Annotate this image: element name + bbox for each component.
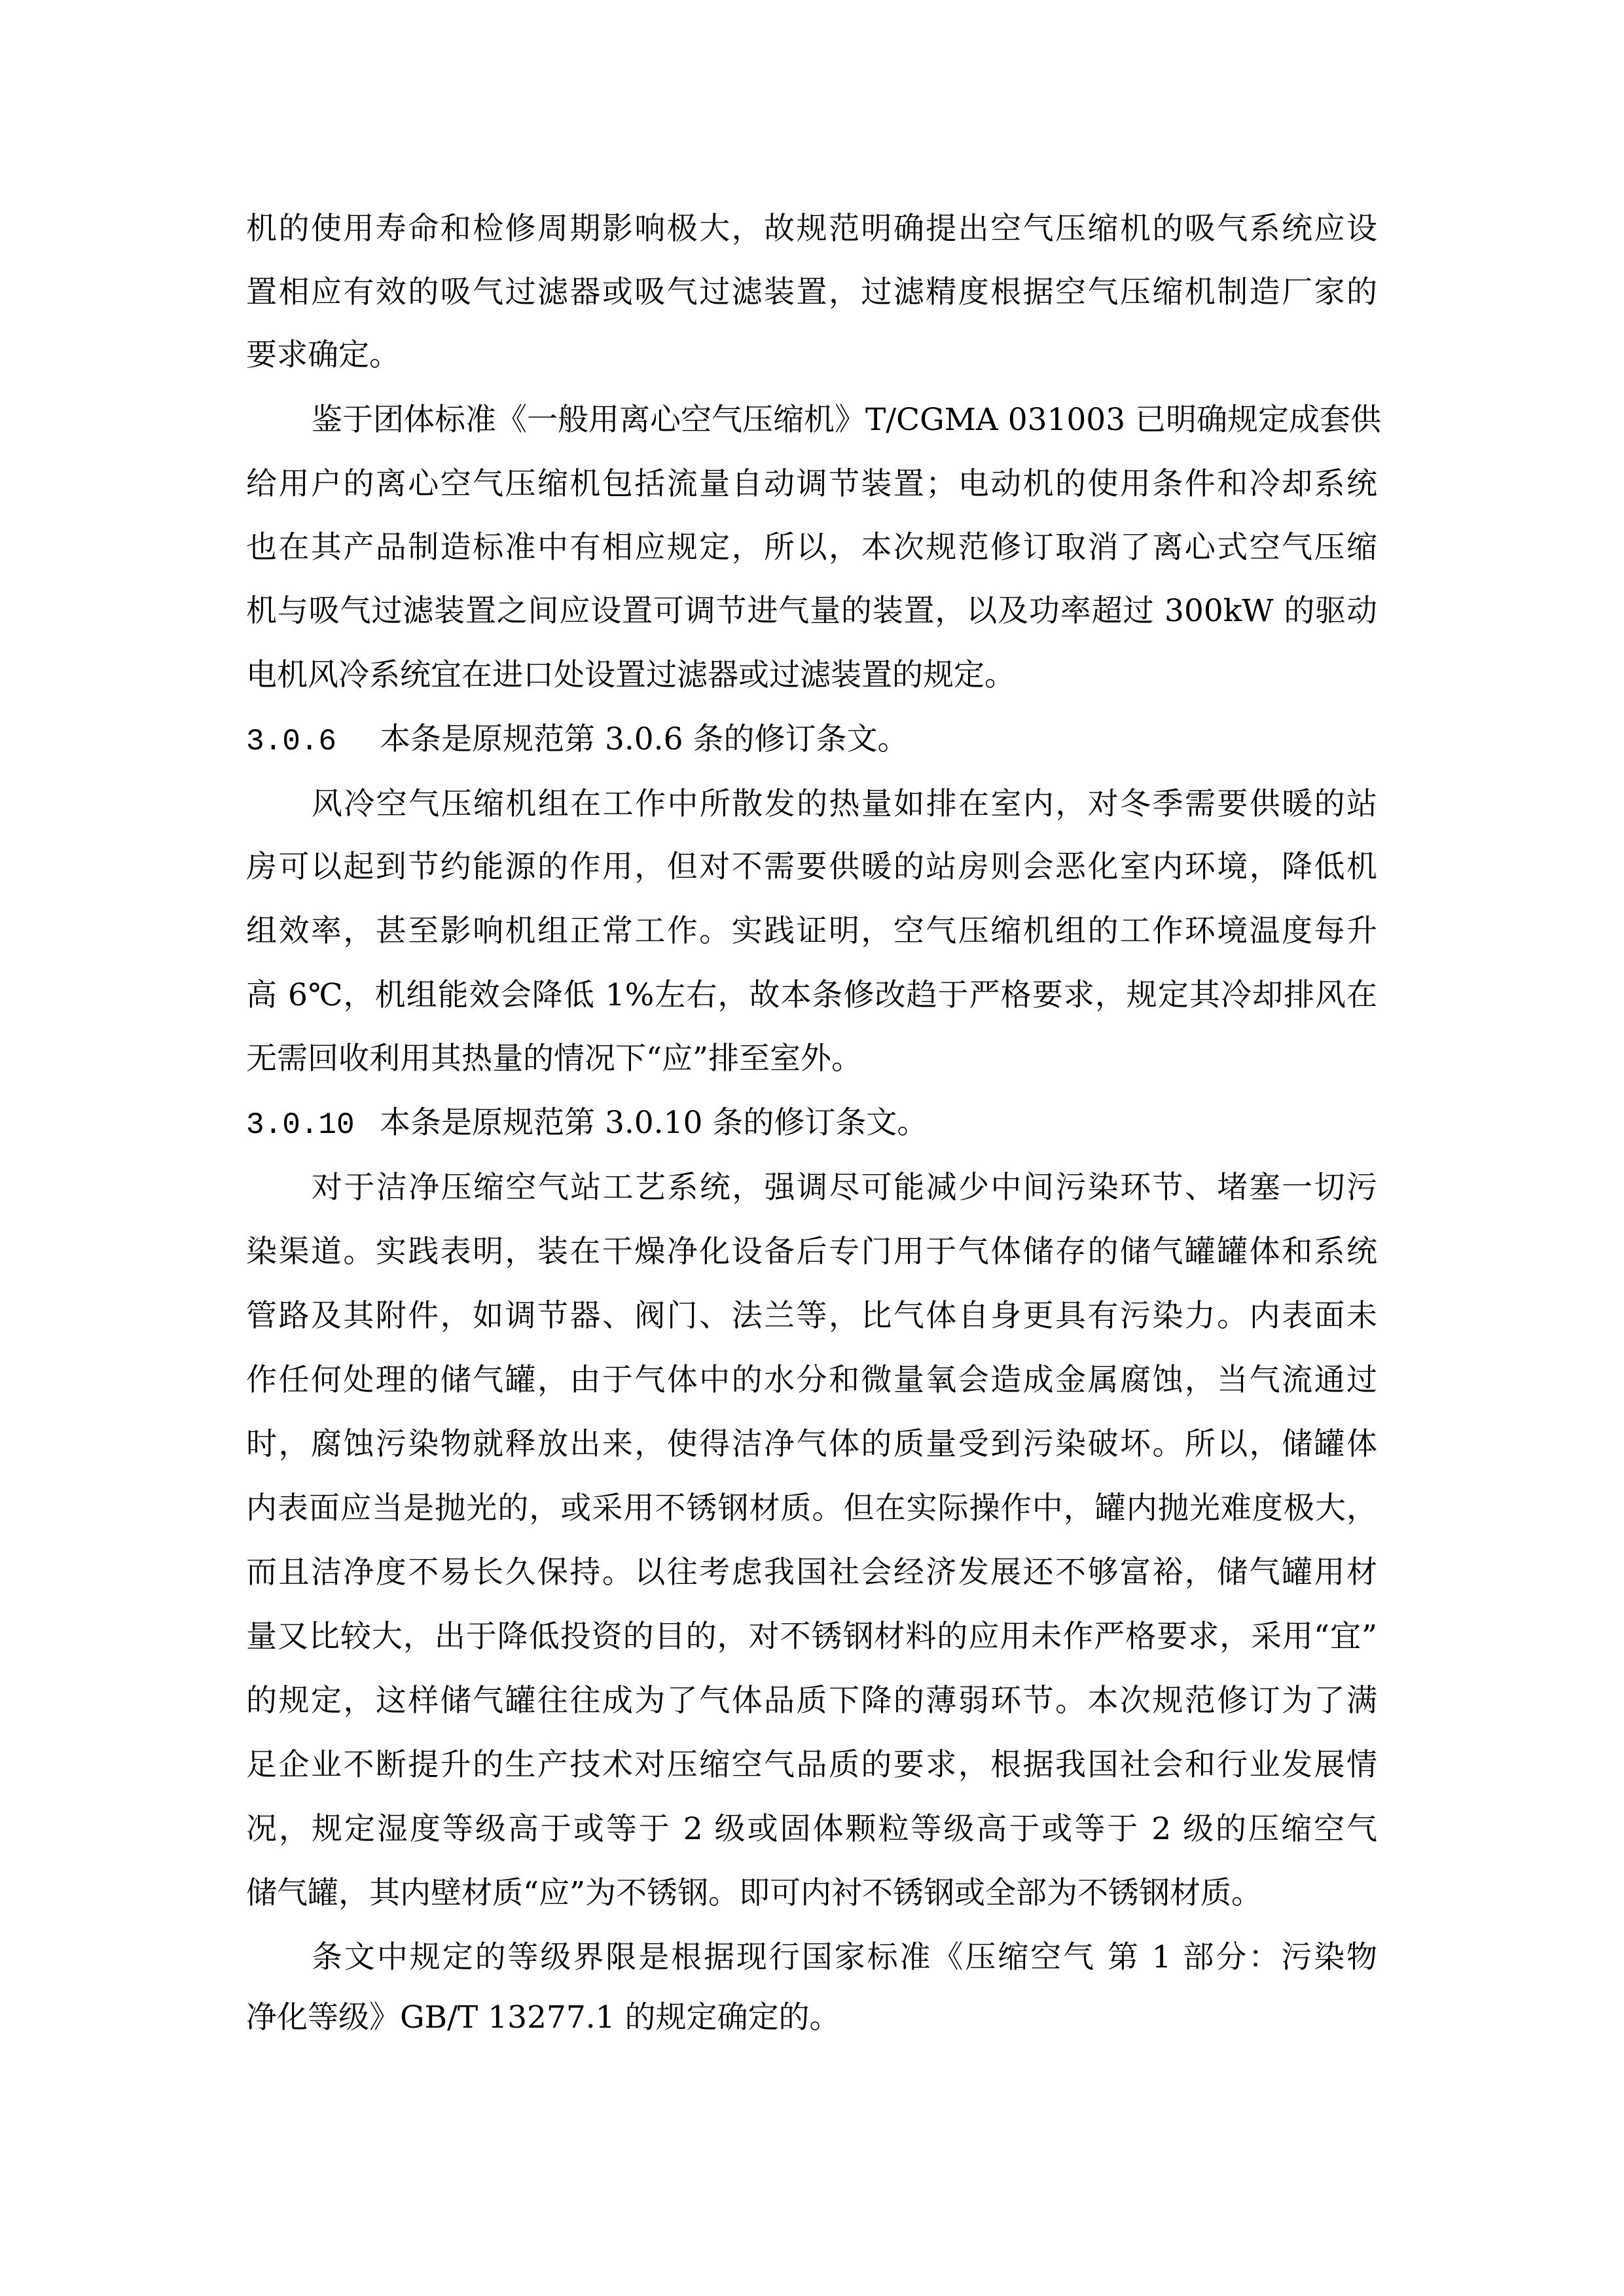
body-text-line: 组效率，甚至影响机组正常工作。实践证明，空气压缩机组的工作环境温度每升 <box>246 912 1377 951</box>
body-text-line: 足企业不断提升的生产技术对压缩空气品质的要求，根据我国社会和行业发展情 <box>246 1746 1377 1785</box>
clause-heading: 3.0.10本条是原规范第 3.0.10 条的修订条文。 <box>246 1103 928 1143</box>
body-text-line: 置相应有效的吸气过滤器或吸气过滤装置，过滤精度根据空气压缩机制造厂家的 <box>246 273 1377 312</box>
body-text-line: 无需回收利用其热量的情况下“应”排至室外。 <box>246 1039 1377 1079</box>
body-text-line: 净化等级》GB/T 13277.1 的规定确定的。 <box>246 1998 1377 2037</box>
body-text-line: 的规定，这样储气罐往往成为了气体品质下降的薄弱环节。本次规范修订为了满 <box>246 1681 1377 1721</box>
body-text-line: 给用户的离心空气压缩机包括流量自动调节装置；电动机的使用条件和冷却系统 <box>246 465 1377 504</box>
clause-heading-text: 本条是原规范第 3.0.6 条的修订条文。 <box>380 720 908 759</box>
body-text-line: 鉴于团体标准《一般用离心空气压缩机》T/CGMA 031003 已明确规定成套供 <box>312 401 1377 440</box>
body-text-line: 机与吸气过滤装置之间应设置可调节进气量的装置，以及功率超过 300kW 的驱动 <box>246 592 1377 631</box>
body-text-line: 房可以起到节约能源的作用，但对不需要供暖的站房则会恶化室内环境，降低机 <box>246 848 1377 887</box>
clause-number: 3.0.6 <box>246 722 380 761</box>
clause-heading: 3.0.6本条是原规范第 3.0.6 条的修订条文。 <box>246 720 908 759</box>
body-text-line: 要求确定。 <box>246 336 1377 375</box>
body-text-line: 高 6℃，机组能效会降低 1%左右，故本条修改趋于严格要求，规定其冷却排风在 <box>246 976 1377 1015</box>
body-text-line: 染渠道。实践表明，装在干燥净化设备后专门用于气体储存的储气罐罐体和系统 <box>246 1232 1377 1272</box>
body-text-line: 对于洁净压缩空气站工艺系统，强调尽可能减少中间污染环节、堵塞一切污 <box>312 1168 1377 1208</box>
body-text-line: 机的使用寿命和检修周期影响极大，故规范明确提出空气压缩机的吸气系统应设 <box>246 209 1377 249</box>
body-text-line: 管路及其附件，如调节器、阀门、法兰等，比气体自身更具有污染力。内表面未 <box>246 1297 1377 1336</box>
body-text-line: 也在其产品制造标准中有相应规定，所以，本次规范修订取消了离心式空气压缩 <box>246 528 1377 567</box>
body-text-line: 量又比较大，出于降低投资的目的，对不锈钢材料的应用未作严格要求，采用“宜” <box>246 1617 1377 1657</box>
body-text-line: 时，腐蚀污染物就释放出来，使得洁净气体的质量受到污染破坏。所以，储罐体 <box>246 1425 1377 1464</box>
clause-number: 3.0.10 <box>246 1105 380 1145</box>
body-text-line: 而且洁净度不易长久保持。以往考虑我国社会经济发展还不够富裕，储气罐用材 <box>246 1553 1377 1592</box>
body-text-line: 内表面应当是抛光的，或采用不锈钢材质。但在实际操作中，罐内抛光难度极大， <box>246 1489 1377 1528</box>
body-text-line: 电机风冷系统宜在进口处设置过滤器或过滤装置的规定。 <box>246 656 1377 695</box>
body-text-line: 风冷空气压缩机组在工作中所散发的热量如排在室内，对冬季需要供暖的站 <box>312 785 1377 824</box>
body-text-line: 况，规定湿度等级高于或等于 2 级或固体颗粒等级高于或等于 2 级的压缩空气 <box>246 1810 1377 1849</box>
document-page: 机的使用寿命和检修周期影响极大，故规范明确提出空气压缩机的吸气系统应设 置相应有… <box>0 0 1624 2296</box>
body-text-line: 作任何处理的储气罐，由于气体中的水分和微量氧会造成金属腐蚀，当气流通过 <box>246 1361 1377 1400</box>
body-text-line: 储气罐，其内壁材质“应”为不锈钢。即可内衬不锈钢或全部为不锈钢材质。 <box>246 1874 1377 1913</box>
body-text-line: 条文中规定的等级界限是根据现行国家标准《压缩空气 第 1 部分：污染物 <box>312 1938 1377 1977</box>
clause-heading-text: 本条是原规范第 3.0.10 条的修订条文。 <box>380 1103 928 1143</box>
